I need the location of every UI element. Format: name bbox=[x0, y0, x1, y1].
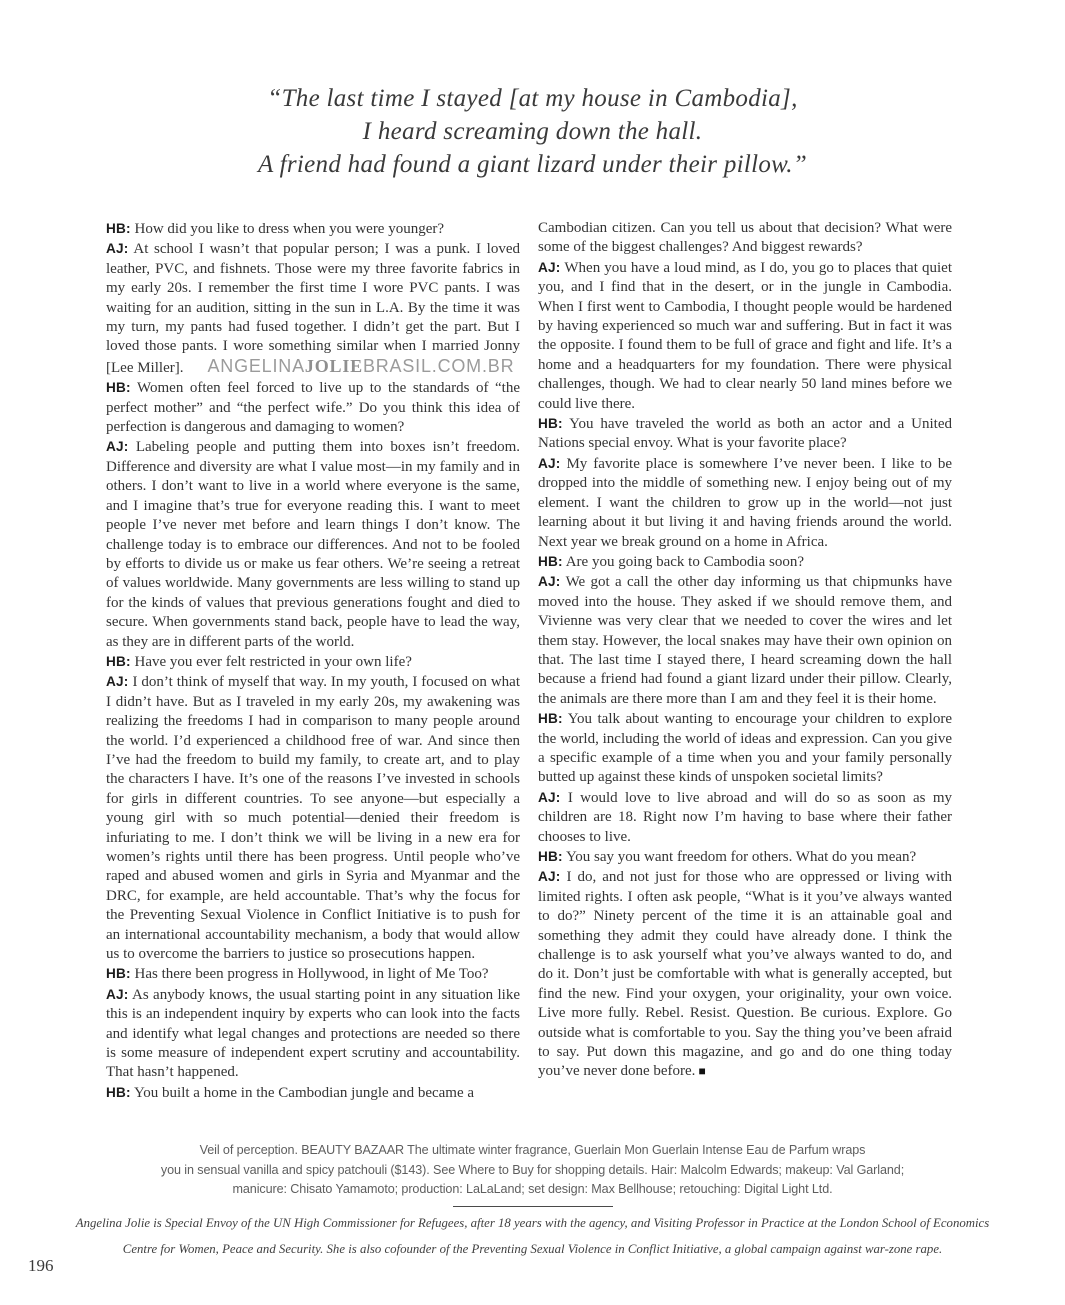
author-bio: Angelina Jolie is Special Envoy of the U… bbox=[0, 1210, 1065, 1262]
qa-paragraph: HB: Has there been progress in Hollywood… bbox=[106, 964, 520, 984]
qa-paragraph: HB: You built a home in the Cambodian ju… bbox=[106, 1083, 520, 1103]
column-right: Cambodian citizen. Can you tell us about… bbox=[538, 219, 952, 1103]
qa-paragraph: AJ: When you have a loud mind, as I do, … bbox=[538, 258, 952, 414]
qa-paragraph: AJ: We got a call the other day informin… bbox=[538, 572, 952, 709]
bio-line: Centre for Women, Peace and Security. Sh… bbox=[0, 1236, 1065, 1262]
qa-paragraph: HB: You have traveled the world as both … bbox=[538, 414, 952, 454]
speaker-label: AJ: bbox=[106, 241, 129, 256]
article-body: HB: How did you like to dress when you w… bbox=[106, 219, 952, 1103]
speaker-label: HB: bbox=[538, 554, 563, 569]
qa-paragraph: HB: How did you like to dress when you w… bbox=[106, 219, 520, 239]
credits-line: manicure: Chisato Yamamoto; production: … bbox=[0, 1180, 1065, 1200]
column-left: HB: How did you like to dress when you w… bbox=[106, 219, 520, 1103]
speaker-label: HB: bbox=[538, 416, 563, 431]
speaker-label: HB: bbox=[538, 711, 563, 726]
divider-rule bbox=[453, 1206, 613, 1207]
qa-paragraph: HB: You talk about wanting to encourage … bbox=[538, 709, 952, 788]
site-watermark: ANGELINAJOLIEBRASIL.COM.BR bbox=[183, 356, 514, 376]
credits-line: you in sensual vanilla and spicy patchou… bbox=[0, 1161, 1065, 1181]
qa-paragraph: AJ: At school I wasn’t that popular pers… bbox=[106, 239, 520, 378]
magazine-page: “The last time I stayed [at my house in … bbox=[0, 0, 1065, 1305]
credits-line: Veil of perception. BEAUTY BAZAAR The ul… bbox=[0, 1141, 1065, 1161]
speaker-label: AJ: bbox=[106, 987, 129, 1002]
qa-paragraph: AJ: I don’t think of myself that way. In… bbox=[106, 672, 520, 964]
speaker-label: AJ: bbox=[538, 456, 561, 471]
qa-paragraph: AJ: As anybody knows, the usual starting… bbox=[106, 985, 520, 1083]
speaker-label: AJ: bbox=[538, 790, 561, 805]
speaker-label: HB: bbox=[106, 221, 131, 236]
qa-paragraph: Cambodian citizen. Can you tell us about… bbox=[538, 219, 952, 258]
speaker-label: AJ: bbox=[538, 260, 561, 275]
credits-block: Veil of perception. BEAUTY BAZAAR The ul… bbox=[0, 1141, 1065, 1200]
end-mark: ■ bbox=[695, 1064, 705, 1078]
speaker-label: HB: bbox=[106, 1085, 131, 1100]
qa-paragraph: HB: Have you ever felt restricted in you… bbox=[106, 652, 520, 672]
qa-paragraph: AJ: I do, and not just for those who are… bbox=[538, 867, 952, 1081]
qa-paragraph: HB: Women often feel forced to live up t… bbox=[106, 378, 520, 437]
page-number: 196 bbox=[28, 1256, 54, 1276]
speaker-label: HB: bbox=[538, 849, 563, 864]
speaker-label: AJ: bbox=[106, 674, 129, 689]
bio-line: Angelina Jolie is Special Envoy of the U… bbox=[0, 1210, 1065, 1236]
speaker-label: AJ: bbox=[538, 869, 561, 884]
pull-quote-line: I heard screaming down the hall. bbox=[0, 115, 1065, 148]
qa-paragraph: AJ: My favorite place is somewhere I’ve … bbox=[538, 454, 952, 552]
speaker-label: AJ: bbox=[538, 574, 561, 589]
qa-paragraph: HB: You say you want freedom for others.… bbox=[538, 847, 952, 867]
qa-paragraph: AJ: Labeling people and putting them int… bbox=[106, 437, 520, 651]
pull-quote-line: A friend had found a giant lizard under … bbox=[0, 148, 1065, 181]
speaker-label: HB: bbox=[106, 654, 131, 669]
speaker-label: AJ: bbox=[106, 439, 129, 454]
speaker-label: HB: bbox=[106, 380, 131, 395]
pull-quote-line: “The last time I stayed [at my house in … bbox=[0, 82, 1065, 115]
qa-paragraph: AJ: I would love to live abroad and will… bbox=[538, 788, 952, 847]
pull-quote: “The last time I stayed [at my house in … bbox=[0, 82, 1065, 181]
qa-paragraph: HB: Are you going back to Cambodia soon? bbox=[538, 552, 952, 572]
speaker-label: HB: bbox=[106, 966, 131, 981]
